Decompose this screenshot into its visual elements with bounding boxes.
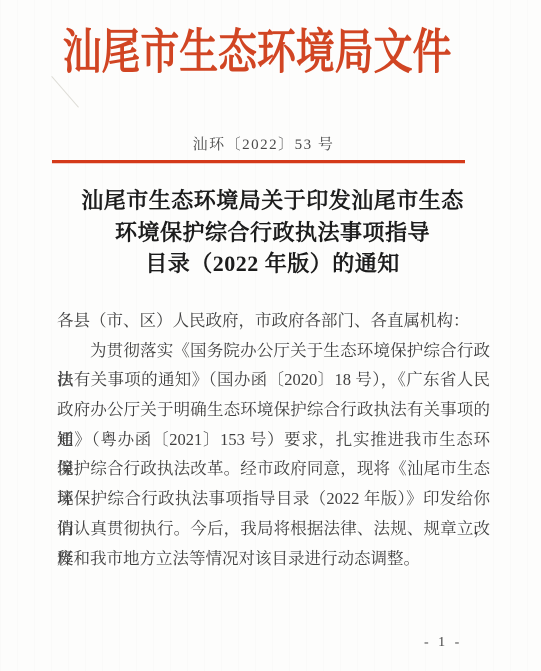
body-line: 请认真贯彻执行。今后，我局将根据法律、法规、规章立改废	[57, 514, 490, 544]
title-line-2: 环境保护综合行政执法事项指导	[115, 217, 430, 249]
body-line: 境保护综合行政执法事项指导目录（2022 年版）》印发给你们，	[57, 484, 490, 514]
body-line: 政府办公厅关于明确生态环境保护综合行政执法有关事项的通	[57, 395, 490, 425]
document-page: 汕尾市生态环境局文件 汕环〔2022〕53 号 汕尾市生态环境局关于印发汕尾市生…	[0, 0, 541, 671]
body-line: 保护综合行政执法改革。经市政府同意，现将《汕尾市生态环	[57, 454, 490, 484]
document-title: 汕尾市生态环境局关于印发汕尾市生态 环境保护综合行政执法事项指导 目录（2022…	[0, 185, 541, 280]
document-number-text: 汕环〔2022〕53 号	[193, 134, 335, 156]
page-number: - 1 -	[424, 633, 484, 653]
document-number: 汕环〔2022〕53 号	[0, 134, 541, 156]
body-line: 法有关事项的通知》（国办函〔2020〕18 号），《广东省人民	[57, 365, 490, 395]
body-line: 为贯彻落实《国务院办公厅关于生态环境保护综合行政执	[57, 336, 490, 366]
agency-header-title: 汕尾市生态环境局文件	[63, 27, 452, 79]
title-line-3: 目录（2022 年版）的通知	[145, 248, 400, 280]
scan-crease-artifact	[51, 76, 79, 108]
body-line: 释和我市地方立法等情况对该目录进行动态调整。	[57, 544, 490, 574]
salutation-line: 各县（市、区）人民政府，市政府各部门、各直属机构：	[57, 306, 490, 336]
title-line-1: 汕尾市生态环境局关于印发汕尾市生态	[81, 185, 464, 217]
body-text-block: 各县（市、区）人民政府，市政府各部门、各直属机构： 为贯彻落实《国务院办公厅关于…	[57, 306, 490, 573]
red-divider-line	[52, 160, 465, 163]
body-line: 知》（粤办函〔2021〕153 号）要求，扎实推进我市生态环境	[57, 425, 490, 455]
red-header-band: 汕尾市生态环境局文件	[0, 27, 541, 79]
